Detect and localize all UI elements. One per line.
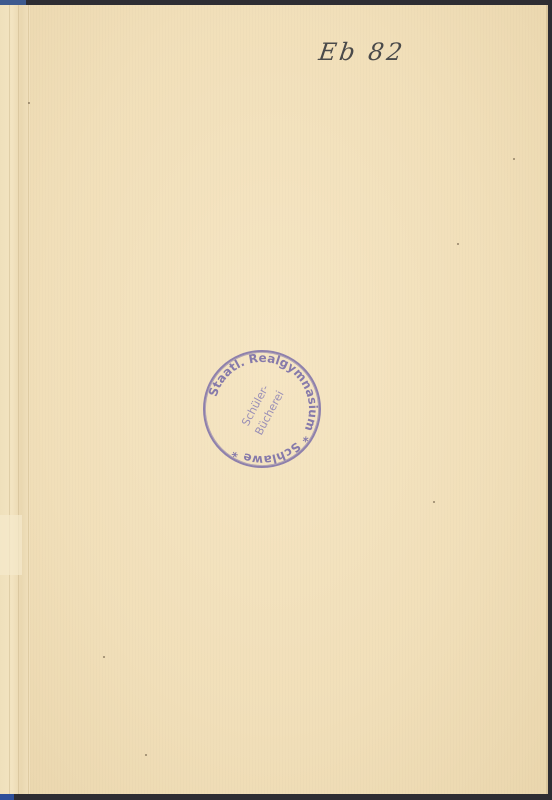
paper-speck	[28, 102, 30, 104]
scan-background: Eb 82 Staatl. Realgymnasium * Schlawe * …	[0, 0, 552, 800]
stamp-inner-text: Schüler- Bücherei	[238, 381, 286, 437]
paper-speck	[145, 754, 147, 756]
paper-speck	[457, 243, 459, 245]
paper-speck	[513, 158, 515, 160]
page-binding	[0, 5, 30, 794]
handwritten-shelfmark: Eb 82	[317, 38, 407, 66]
paper-speck	[433, 501, 435, 503]
binding-crease	[18, 5, 19, 794]
binding-crease	[28, 5, 29, 794]
cover-edge-bottom	[0, 794, 14, 800]
library-stamp: Staatl. Realgymnasium * Schlawe * Schüle…	[200, 347, 324, 471]
paper-speck	[103, 656, 105, 658]
binding-patch	[0, 515, 22, 575]
book-page: Eb 82 Staatl. Realgymnasium * Schlawe * …	[0, 5, 548, 794]
binding-crease	[9, 5, 10, 794]
